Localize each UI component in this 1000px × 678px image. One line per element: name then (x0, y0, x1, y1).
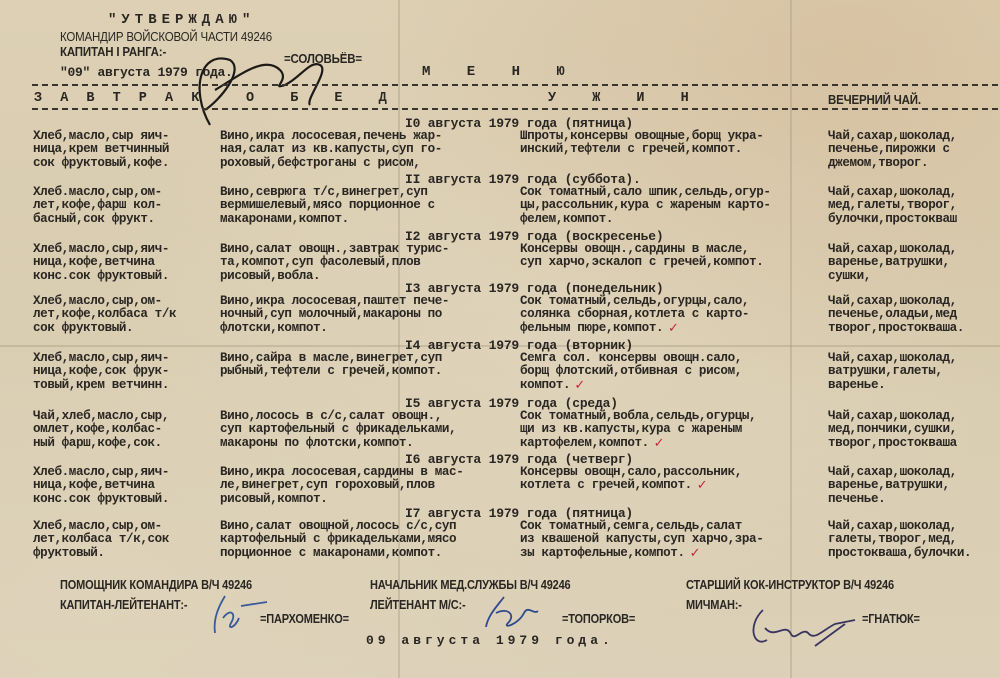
evening-tea-items: Чай,сахар,шоколад, галеты,творог,мед, пр… (828, 520, 971, 560)
evening-tea-items: Чай,сахар,шоколад, мед,пончики,сушки, тв… (828, 410, 957, 450)
column-breakfast: З А В Т Р А К (34, 92, 204, 106)
lunch-items: Вино,салат овощной,лосось с/с,суп картоф… (220, 520, 456, 560)
signature-position: СТАРШИЙ КОК-ИНСТРУКТОР В/Ч 49246 (686, 578, 894, 592)
breakfast-items: Хлеб,масло,сыр,яич- ница,кофе,ветчина ко… (33, 243, 169, 283)
check-mark-icon: ✓ (574, 378, 585, 393)
signature-name: =ТОПОРКОВ= (562, 612, 635, 626)
evening-tea-items: Чай,сахар,шоколад, мед,галеты,творог, бу… (828, 186, 957, 226)
dinner-items: Сок томатный,сало шпик,сельдь,огур- цы,р… (520, 186, 771, 226)
lunch-items: Вино,икра лососевая,печень жар- ная,сала… (220, 130, 442, 170)
lunch-items: Вино,сайра в масле,винегрет,суп рыбный,т… (220, 352, 442, 379)
signature-toporkov (478, 585, 548, 635)
check-mark-icon: ✓ (690, 546, 701, 561)
signature-rank: МИЧМАН:- (686, 598, 742, 612)
approval-heading: "УТВЕРЖДАЮ" (108, 14, 255, 28)
breakfast-items: Хлеб,масло,сыр яич- ница,крем ветчинный … (33, 130, 169, 170)
dinner-items: Семга сол. консервы овощн.сало, борщ фло… (520, 352, 742, 392)
breakfast-items: Хлеб,масло,сыр,яич- ница,кофе,сок фрук- … (33, 352, 169, 392)
footer-date: 09 августа 1979 года. (366, 634, 614, 648)
evening-tea-items: Чай,сахар,шоколад, варенье,ватрушки, суш… (828, 243, 957, 283)
check-mark-icon: ✓ (668, 321, 679, 336)
dinner-items: Консервы овощн.,сардины в масле, суп хар… (520, 243, 763, 270)
evening-tea-items: Чай,сахар,шоколад, ватрушки,галеты, варе… (828, 352, 957, 392)
column-dinner: У Ж И Н (548, 92, 703, 106)
signature-gnatyuk (745, 600, 865, 650)
check-mark-icon: ✓ (697, 478, 708, 493)
lunch-items: Вино,салат овощн.,завтрак турис- та,комп… (220, 243, 449, 283)
breakfast-items: Чай,хлеб,масло,сыр, омлет,кофе,колбас- н… (33, 410, 169, 450)
signature-rank: КАПИТАН-ЛЕЙТЕНАНТ:- (60, 598, 187, 612)
fold-line (790, 0, 792, 678)
signature-rank: ЛЕЙТЕНАНТ М/С:- (370, 598, 465, 612)
menu-title: М Е Н Ю (422, 66, 579, 80)
dinner-items: Сок томатный,сельдь,огурцы,сало, солянка… (520, 295, 749, 335)
column-evening-tea: ВЕЧЕРНИЙ ЧАЙ. (828, 94, 921, 108)
signature-parkhomenko (205, 588, 275, 638)
dinner-items: Сок томатный,вобла,сельдь,огурцы, щи из … (520, 410, 756, 450)
breakfast-items: Хлеб.масло,сыр,яич- ница,кофе,ветчина ко… (33, 466, 169, 506)
lunch-items: Вино,севрюга т/с,винегрет,суп вермишелев… (220, 186, 435, 226)
dinner-items: Шпроты,консервы овощные,борщ укра- ински… (520, 130, 763, 157)
lunch-items: Вино,икра лососевая,паштет пече- ночный,… (220, 295, 449, 335)
lunch-items: Вино,лосось в с/с,салат овощн., суп карт… (220, 410, 456, 450)
column-lunch: О Б Е Д (246, 92, 401, 106)
signature-name: =ГНАТЮК= (862, 612, 920, 626)
check-mark-icon: ✓ (654, 436, 665, 451)
evening-tea-items: Чай,сахар,шоколад, печенье,оладьи,мед тв… (828, 295, 964, 335)
breakfast-items: Хлеб,масло,сыр,ом- лет,колбаса т/к,сок ф… (33, 520, 169, 560)
lunch-items: Вино,икра лососевая,сардины в мас- ле,ви… (220, 466, 463, 506)
evening-tea-items: Чай,сахар,шоколад, варенье,ватрушки, печ… (828, 466, 957, 506)
approval-rank: КАПИТАН I РАНГА:- (60, 46, 166, 60)
dinner-items: Сок томатный,семга,сельдь,салат из кваше… (520, 520, 763, 560)
dinner-items: Консервы овощн,сало,рассольник, котлета … (520, 466, 742, 493)
evening-tea-items: Чай,сахар,шоколад, печенье,пирожки с дже… (828, 130, 957, 170)
header-divider (32, 84, 998, 86)
header-divider (32, 108, 998, 110)
breakfast-items: Хлеб,масло,сыр,ом- лет,кофе,колбаса т/к … (33, 295, 176, 335)
breakfast-items: Хлеб.масло,сыр,ом- лет,кофе,фарш кол- ба… (33, 186, 162, 226)
